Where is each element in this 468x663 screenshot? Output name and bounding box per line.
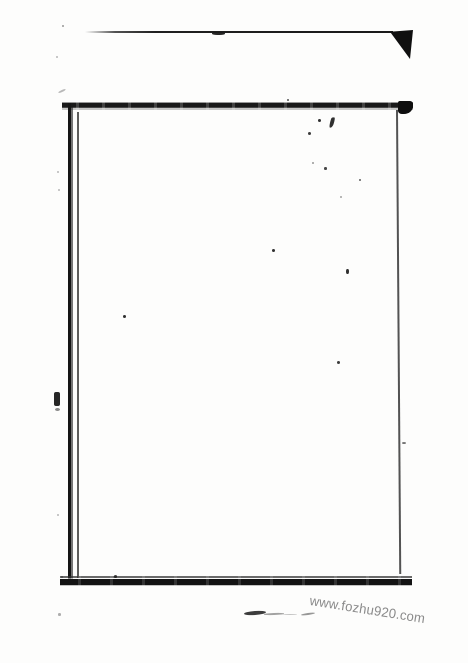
ink-speck bbox=[123, 315, 126, 318]
corner-fold-triangle bbox=[390, 30, 413, 59]
ink-speck bbox=[359, 179, 361, 181]
frame-border-left bbox=[68, 103, 73, 585]
top-rule-bump bbox=[212, 32, 225, 35]
frame-border-top bbox=[62, 102, 413, 110]
ink-speck bbox=[272, 249, 275, 252]
ink-speck bbox=[318, 119, 321, 122]
ink-speck bbox=[56, 56, 58, 58]
corner-scratch bbox=[58, 88, 66, 93]
top-rule-line bbox=[85, 31, 393, 33]
right-edge-tick bbox=[402, 442, 406, 444]
ink-speck bbox=[62, 25, 64, 27]
ink-speck bbox=[114, 575, 117, 578]
ink-speck bbox=[312, 162, 314, 164]
bottom-smudge-tail2 bbox=[283, 614, 297, 615]
scanned-page: www.fozhu920.com bbox=[0, 0, 468, 663]
frame-border-right bbox=[396, 110, 401, 574]
ink-speck bbox=[58, 189, 60, 191]
bottom-smudge bbox=[244, 610, 266, 616]
frame-border-bottom bbox=[60, 576, 412, 586]
frame-border-left-inner-line bbox=[77, 112, 79, 578]
watermark-text: www.fozhu920.com bbox=[309, 593, 427, 626]
ink-speck bbox=[61, 576, 63, 578]
ink-speck bbox=[337, 361, 340, 364]
ink-speck bbox=[57, 171, 59, 173]
comma-stroke bbox=[328, 117, 335, 129]
frame-border-top-end-blob bbox=[398, 101, 413, 114]
ink-speck bbox=[324, 167, 327, 170]
ink-speck bbox=[346, 269, 349, 274]
ink-speck bbox=[58, 613, 61, 616]
ink-speck bbox=[57, 514, 59, 516]
pre-watermark-dash bbox=[301, 612, 315, 616]
ink-speck bbox=[340, 196, 342, 198]
bottom-smudge-tail bbox=[264, 613, 284, 615]
ink-speck bbox=[308, 132, 311, 135]
ink-speck bbox=[287, 99, 289, 101]
left-edge-blob-tail bbox=[55, 408, 60, 411]
left-edge-blob bbox=[54, 392, 60, 406]
